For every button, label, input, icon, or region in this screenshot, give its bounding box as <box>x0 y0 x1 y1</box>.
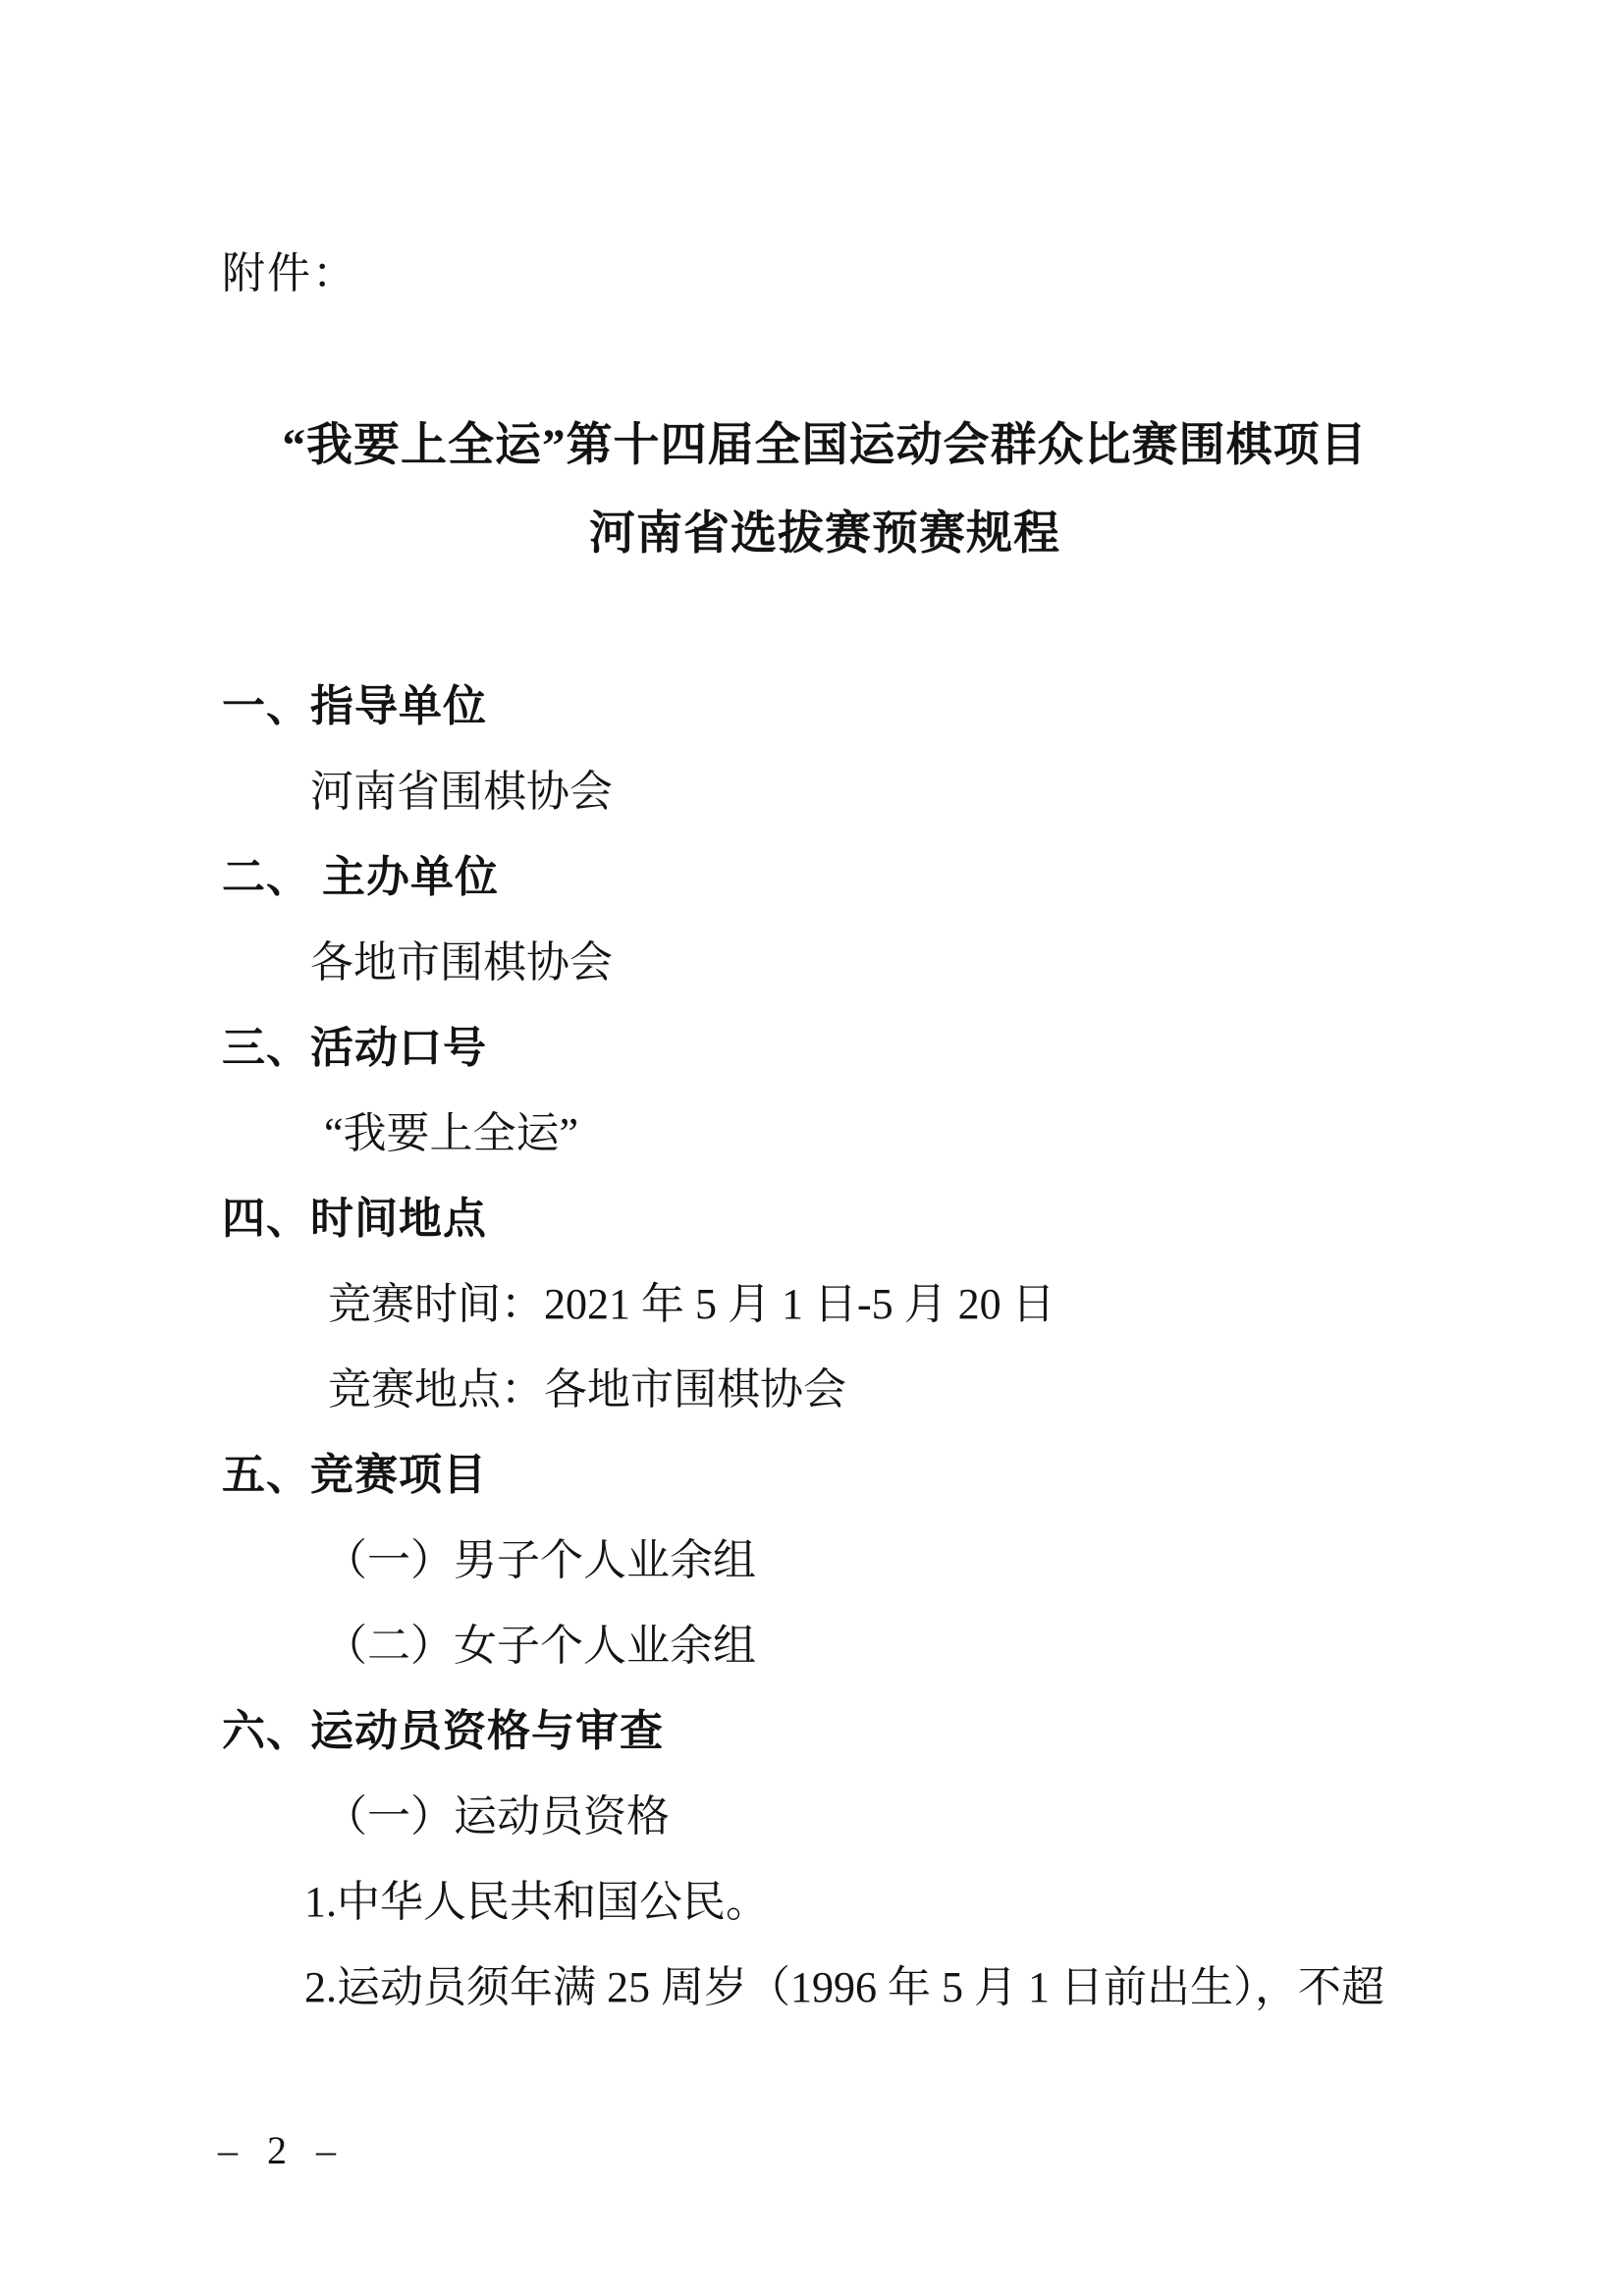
section-heading: 二、 主办单位 <box>222 834 1428 920</box>
document-title-line-2: 河南省选拔赛预赛规程 <box>222 490 1428 578</box>
competition-place-line: 竞赛地点：各地市围棋协会 <box>222 1347 1428 1432</box>
section-heading: 一、指导单位 <box>222 664 1428 749</box>
page-number: – 2 – <box>218 2128 342 2173</box>
section-time-place: 四、时间地点 竞赛时间：2021 年 5 月 1 日-5 月 20 日 竞赛地点… <box>222 1176 1428 1432</box>
section-heading: 五、竞赛项目 <box>222 1432 1428 1518</box>
attachment-label: 附件： <box>222 231 1428 316</box>
section-heading: 三、活动口号 <box>222 1005 1428 1091</box>
section-host-unit: 二、 主办单位 各地市围棋协会 <box>222 834 1428 1005</box>
eligibility-rule-2-line: 2.运动员须年满 25 周岁（1996 年 5 月 1 日前出生），不超 <box>222 1945 1428 2030</box>
eligibility-rule-1-line: 1.中华人民共和国公民。 <box>222 1859 1428 1945</box>
event-women-line: （二）女子个人业余组 <box>222 1603 1428 1688</box>
section-slogan: 三、活动口号 “我要上全运” <box>222 1005 1428 1176</box>
section-body-line: “我要上全运” <box>222 1091 1428 1176</box>
section-athlete-eligibility: 六、运动员资格与审查 （一）运动员资格 1.中华人民共和国公民。 2.运动员须年… <box>222 1688 1428 2030</box>
document-page: 附件： “我要上全运”第十四届全国运动会群众比赛围棋项目 河南省选拔赛预赛规程 … <box>0 0 1624 2296</box>
event-men-line: （一）男子个人业余组 <box>222 1518 1428 1603</box>
eligibility-subheading-line: （一）运动员资格 <box>222 1774 1428 1859</box>
section-guiding-unit: 一、指导单位 河南省围棋协会 <box>222 664 1428 834</box>
document-content: 附件： “我要上全运”第十四届全国运动会群众比赛围棋项目 河南省选拔赛预赛规程 … <box>222 231 1428 2030</box>
section-heading: 四、时间地点 <box>222 1176 1428 1261</box>
section-body-line: 各地市围棋协会 <box>222 920 1428 1005</box>
section-heading: 六、运动员资格与审查 <box>222 1688 1428 1774</box>
section-events: 五、竞赛项目 （一）男子个人业余组 （二）女子个人业余组 <box>222 1432 1428 1688</box>
document-title-line-1: “我要上全运”第十四届全国运动会群众比赛围棋项目 <box>222 401 1428 490</box>
section-body-line: 河南省围棋协会 <box>222 749 1428 834</box>
competition-time-line: 竞赛时间：2021 年 5 月 1 日-5 月 20 日 <box>222 1261 1428 1347</box>
